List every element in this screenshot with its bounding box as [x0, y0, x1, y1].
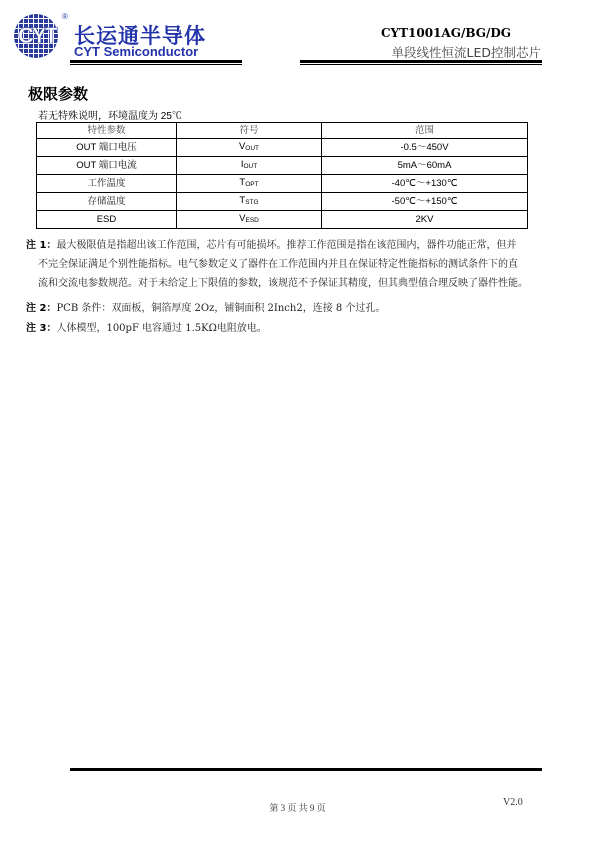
table-row: 工作温度 TOPT -40℃～+130℃	[37, 175, 528, 193]
symbol-cell: VOUT	[177, 139, 322, 157]
table-row: OUT 端口电压 VOUT -0.5～450V	[37, 139, 528, 157]
range-cell: 2KV	[322, 211, 528, 229]
note-label: 注 1：	[26, 240, 56, 251]
product-description: 单段线性恒流LED控制芯片	[392, 43, 542, 61]
note-label: 注 3：	[26, 323, 56, 334]
section-title: 极限参数	[28, 83, 88, 104]
table-row: ESD VESD 2KV	[37, 211, 528, 229]
symbol-cell: VESD	[177, 211, 322, 229]
header-rule-thin	[70, 64, 242, 65]
note-text: PCB 条件：双面板，铜箔厚度 2Oz，铺铜面积 2Inch2，连接 8 个过孔…	[56, 303, 385, 314]
table-row: OUT 端口电流 IOUT 5mA～60mA	[37, 157, 528, 175]
product-code: CYT1001AG/BG/DG	[381, 26, 511, 40]
note-3: 注 3：人体模型，100pF 电容通过 1.5KΩ电阻放电。	[26, 319, 546, 338]
version-label: V2.0	[503, 797, 523, 808]
range-cell: -0.5～450V	[322, 139, 528, 157]
param-cell: OUT 端口电流	[37, 157, 177, 175]
range-cell: 5mA～60mA	[322, 157, 528, 175]
note-2: 注 2：PCB 条件：双面板，铜箔厚度 2Oz，铺铜面积 2Inch2，连接 8…	[26, 299, 546, 318]
header-range: 范围	[322, 123, 528, 139]
symbol-cell: IOUT	[177, 157, 322, 175]
note-text: 人体模型，100pF 电容通过 1.5KΩ电阻放电。	[56, 323, 266, 334]
note-line: 流和交流电参数规范。对于未给定上下限值的参数，该规范不予保证其精度，但其典型值合…	[26, 274, 546, 293]
logo-text: CYT	[13, 23, 61, 49]
table-header-row: 特性参数 符号 范围	[37, 123, 528, 139]
range-cell: -50℃～+150℃	[322, 193, 528, 211]
header-rule-right-thin	[300, 64, 542, 65]
header-rule	[70, 60, 242, 63]
symbol-cell: TSTG	[177, 193, 322, 211]
param-cell: 存储温度	[37, 193, 177, 211]
param-cell: ESD	[37, 211, 177, 229]
param-cell: OUT 端口电压	[37, 139, 177, 157]
table-row: 存储温度 TSTG -50℃～+150℃	[37, 193, 528, 211]
brand-name-en: CYT Semiconductor	[74, 44, 198, 59]
range-cell: -40℃～+130℃	[322, 175, 528, 193]
note-line: 不完全保证满足个别性能指标。电气参数定义了器件在工作范围内并且在保证特定性能指标…	[26, 255, 546, 274]
registered-mark: ®	[62, 12, 68, 21]
symbol-cell: TOPT	[177, 175, 322, 193]
condition-text: 若无特殊说明，环境温度为 25℃	[38, 107, 182, 122]
header-param: 特性参数	[37, 123, 177, 139]
header-symbol: 符号	[177, 123, 322, 139]
footer-rule	[70, 768, 542, 771]
absolute-max-ratings-table: 特性参数 符号 范围 OUT 端口电压 VOUT -0.5～450V OUT 端…	[36, 122, 528, 229]
note-1: 注 1：最大极限值是指超出该工作范围，芯片有可能损坏。推荐工作范围是指在该范围内…	[26, 236, 546, 293]
note-line: 最大极限值是指超出该工作范围，芯片有可能损坏。推荐工作范围是指在该范围内，器件功…	[56, 240, 516, 251]
note-label: 注 2：	[26, 303, 56, 314]
param-cell: 工作温度	[37, 175, 177, 193]
